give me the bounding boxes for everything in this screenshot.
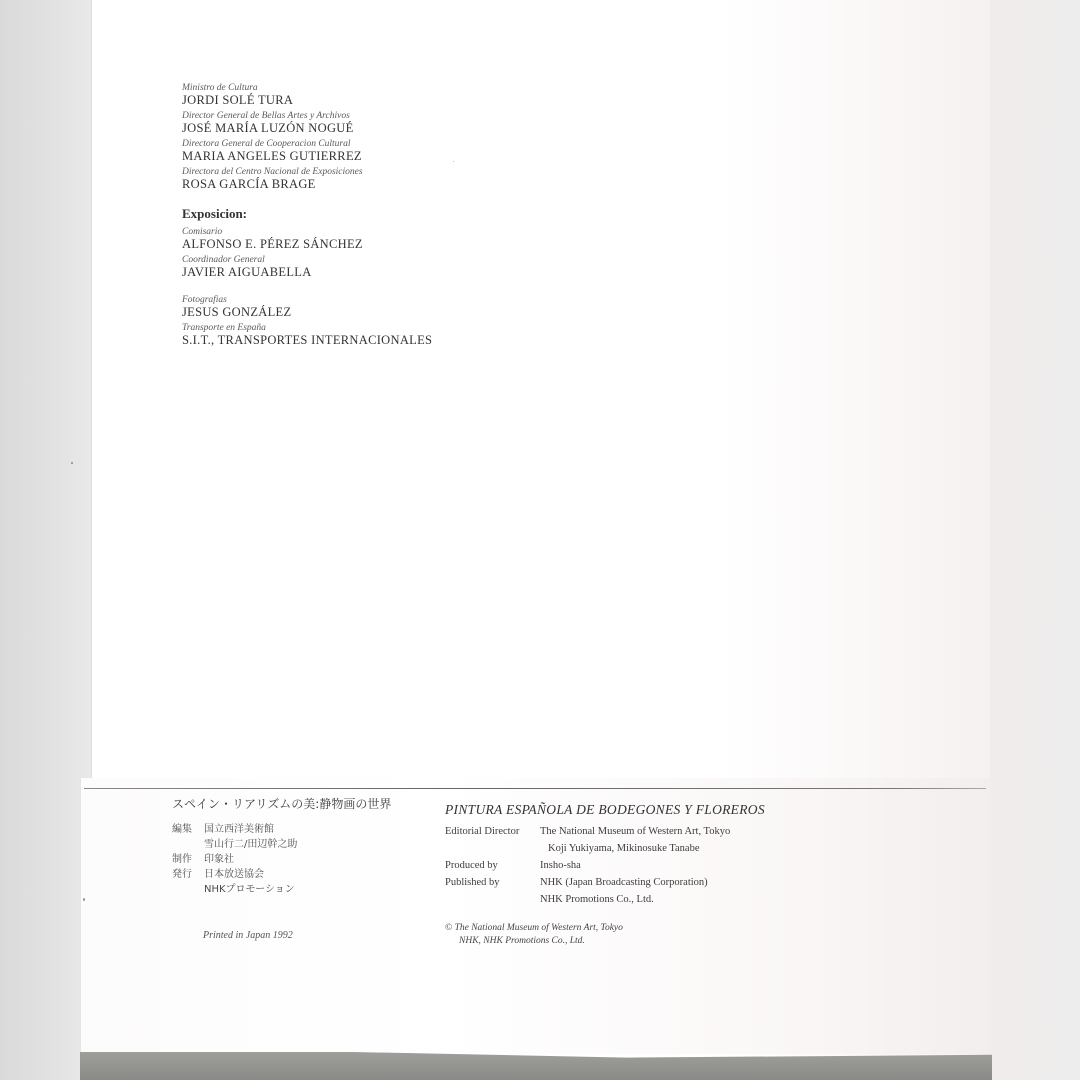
english-title: PINTURA ESPAÑOLA DE BODEGONES Y FLOREROS (445, 802, 765, 818)
credit-entry: Ministro de Cultura JORDI SOLÉ TURA (182, 84, 363, 112)
en-row-label (445, 894, 540, 911)
jp-row-label (172, 835, 204, 850)
colophon-divider (84, 788, 986, 789)
en-colophon-row: Produced by Insho-sha (445, 860, 765, 877)
credit-entry: Director General de Bellas Artes y Archi… (182, 112, 363, 140)
credit-entry: Coordinador General JAVIER AIGUABELLA (182, 256, 363, 284)
credit-name: JOSÉ MARÍA LUZÓN NOGUÉ (182, 122, 363, 140)
en-row-label: Editorial Director (445, 826, 540, 843)
jp-row-value: 雪山行二/田辺幹之助 (204, 835, 297, 850)
exposicion-credits-group-2: Fotografias JESUS GONZÁLEZ Transporte en… (182, 296, 432, 352)
en-colophon-row: NHK Promotions Co., Ltd. (445, 894, 765, 911)
exposicion-heading: Exposicion: (182, 206, 247, 222)
credit-name: ROSA GARCÍA BRAGE (182, 178, 363, 196)
exposicion-credits-group-1: Comisario ALFONSO E. PÉREZ SÁNCHEZ Coord… (182, 228, 363, 284)
en-row-label (445, 843, 540, 860)
japanese-title: スペイン・リアリズムの美:静物画の世界 (172, 795, 391, 812)
jp-colophon-row: 制作 印象社 (172, 850, 391, 865)
jp-row-value: NHKプロモーション (204, 880, 295, 895)
jp-colophon-row: 雪山行二/田辺幹之助 (172, 835, 391, 850)
jp-row-label: 制作 (172, 850, 204, 865)
en-row-value: Koji Yukiyama, Mikinosuke Tanabe (540, 843, 700, 860)
credit-name: MARIA ANGELES GUTIERREZ (182, 150, 363, 168)
background-left (0, 0, 92, 1080)
credit-entry: Comisario ALFONSO E. PÉREZ SÁNCHEZ (182, 228, 363, 256)
credit-name: JAVIER AIGUABELLA (182, 266, 363, 284)
jp-row-label: 発行 (172, 865, 204, 880)
credit-entry: Directora del Centro Nacional de Exposic… (182, 168, 363, 196)
jp-row-value: 印象社 (204, 850, 234, 865)
jp-row-value: 国立西洋美術館 (204, 820, 274, 835)
paper-speck (453, 161, 454, 162)
copyright-line-1: The National Museum of Western Art, Toky… (455, 923, 623, 933)
printed-in-note: Printed in Japan 1992 (203, 930, 293, 941)
credit-name: JESUS GONZÁLEZ (182, 306, 432, 324)
jp-row-label: 編集 (172, 820, 204, 835)
credit-name: S.I.T., TRANSPORTES INTERNACIONALES (182, 334, 432, 352)
credit-name: ALFONSO E. PÉREZ SÁNCHEZ (182, 238, 363, 256)
paper-speck (71, 462, 73, 464)
copyright-icon: © (445, 923, 452, 933)
ministry-credits: Ministro de Cultura JORDI SOLÉ TURA Dire… (182, 84, 363, 196)
en-row-label: Produced by (445, 860, 540, 877)
en-colophon-row: Koji Yukiyama, Mikinosuke Tanabe (445, 843, 765, 860)
jp-colophon-row: 発行 日本放送協会 (172, 865, 391, 880)
en-row-value: The National Museum of Western Art, Toky… (540, 826, 730, 843)
copyright-line-2: NHK, NHK Promotions Co., Ltd. (445, 935, 623, 948)
copyright-notice: © The National Museum of Western Art, To… (445, 922, 623, 948)
jp-colophon-row: NHKプロモーション (172, 880, 391, 895)
credit-entry: Transporte en España S.I.T., TRANSPORTES… (182, 324, 432, 352)
page-shadow (80, 1052, 992, 1080)
background-right (990, 0, 1080, 1080)
japanese-colophon: スペイン・リアリズムの美:静物画の世界 編集 国立西洋美術館 雪山行二/田辺幹之… (172, 795, 391, 895)
paper-speck (83, 898, 85, 901)
credit-entry: Fotografias JESUS GONZÁLEZ (182, 296, 432, 324)
en-row-label: Published by (445, 877, 540, 894)
credit-name: JORDI SOLÉ TURA (182, 94, 363, 112)
en-colophon-row: Editorial Director The National Museum o… (445, 826, 765, 843)
credit-entry: Directora General de Cooperacion Cultura… (182, 140, 363, 168)
jp-row-label (172, 880, 204, 895)
jp-row-value: 日本放送協会 (204, 865, 264, 880)
en-row-value: NHK Promotions Co., Ltd. (540, 894, 654, 911)
english-colophon: PINTURA ESPAÑOLA DE BODEGONES Y FLOREROS… (445, 802, 765, 911)
jp-colophon-row: 編集 国立西洋美術館 (172, 820, 391, 835)
en-row-value: NHK (Japan Broadcasting Corporation) (540, 877, 708, 894)
en-row-value: Insho-sha (540, 860, 581, 877)
en-colophon-row: Published by NHK (Japan Broadcasting Cor… (445, 877, 765, 894)
